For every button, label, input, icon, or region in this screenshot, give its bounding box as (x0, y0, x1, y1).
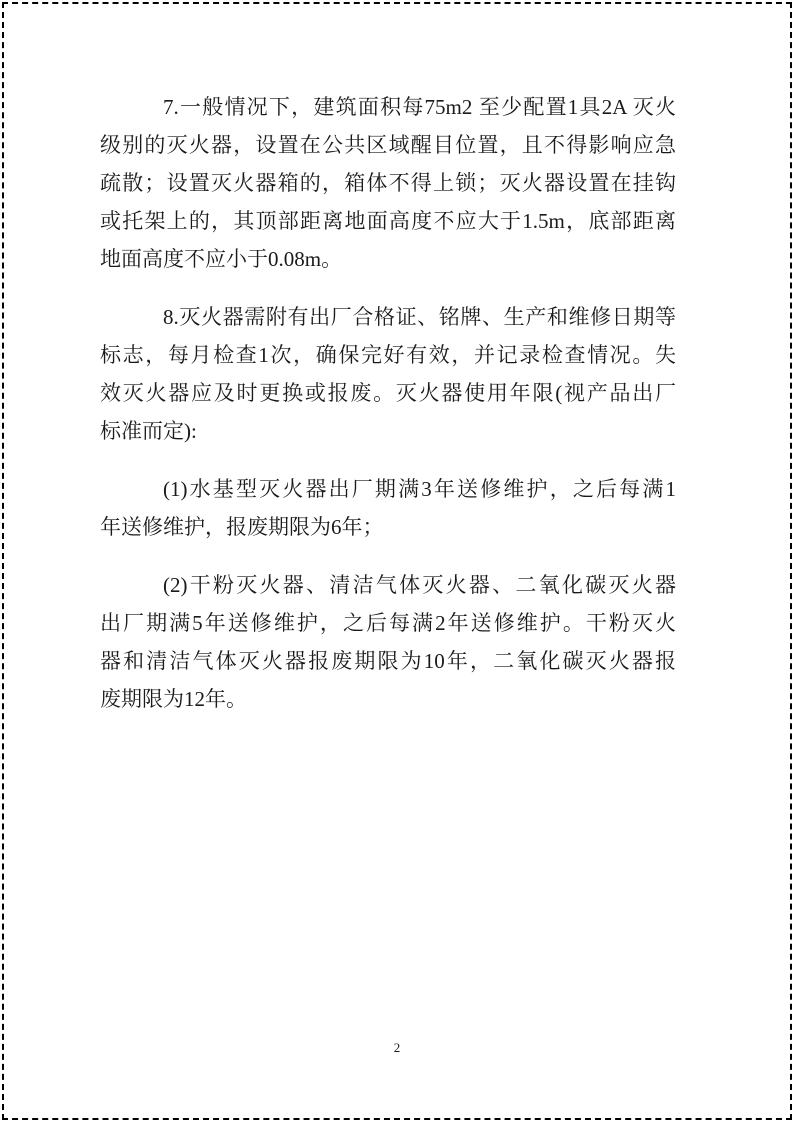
text-line: 级别的灭火器，设置在公共区域醒目位置，且不得影响应急 (100, 126, 676, 164)
text-line: 或托架上的，其顶部距离地面高度不应大于1.5m，底部距离 (100, 202, 676, 240)
document-body: 7.一般情况下，建筑面积每75m2 至少配置1具2A 灭火级别的灭火器，设置在公… (100, 88, 676, 738)
document-page: 7.一般情况下，建筑面积每75m2 至少配置1具2A 灭火级别的灭火器，设置在公… (0, 0, 794, 1122)
text-line: (2)干粉灭火器、清洁气体灭火器、二氧化碳灭火器 (100, 566, 676, 604)
text-line: 标志，每月检查1次，确保完好有效，并记录检查情况。失 (100, 336, 676, 374)
paragraph: (1)水基型灭火器出厂期满3年送修维护，之后每满1年送修维护，报废期限为6年； (100, 470, 676, 546)
text-line: (1)水基型灭火器出厂期满3年送修维护，之后每满1 (100, 470, 676, 508)
text-line: 年送修维护，报废期限为6年； (100, 508, 676, 546)
text-line: 废期限为12年。 (100, 680, 676, 718)
text-line: 出厂期满5年送修维护，之后每满2年送修维护。干粉灭火 (100, 604, 676, 642)
text-line: 器和清洁气体灭火器报废期限为10年，二氧化碳灭火器报 (100, 642, 676, 680)
paragraph: 8.灭火器需附有出厂合格证、铭牌、生产和维修日期等标志，每月检查1次，确保完好有… (100, 298, 676, 450)
text-line: 效灭火器应及时更换或报废。灭火器使用年限(视产品出厂 (100, 374, 676, 412)
text-line: 疏散；设置灭火器箱的，箱体不得上锁；灭火器设置在挂钩 (100, 164, 676, 202)
text-line: 7.一般情况下，建筑面积每75m2 至少配置1具2A 灭火 (100, 88, 676, 126)
text-line: 标准而定): (100, 412, 676, 450)
paragraph: 7.一般情况下，建筑面积每75m2 至少配置1具2A 灭火级别的灭火器，设置在公… (100, 88, 676, 278)
text-line: 8.灭火器需附有出厂合格证、铭牌、生产和维修日期等 (100, 298, 676, 336)
page-number: 2 (0, 1040, 794, 1056)
paragraph: (2)干粉灭火器、清洁气体灭火器、二氧化碳灭火器出厂期满5年送修维护，之后每满2… (100, 566, 676, 718)
text-line: 地面高度不应小于0.08m。 (100, 240, 676, 278)
